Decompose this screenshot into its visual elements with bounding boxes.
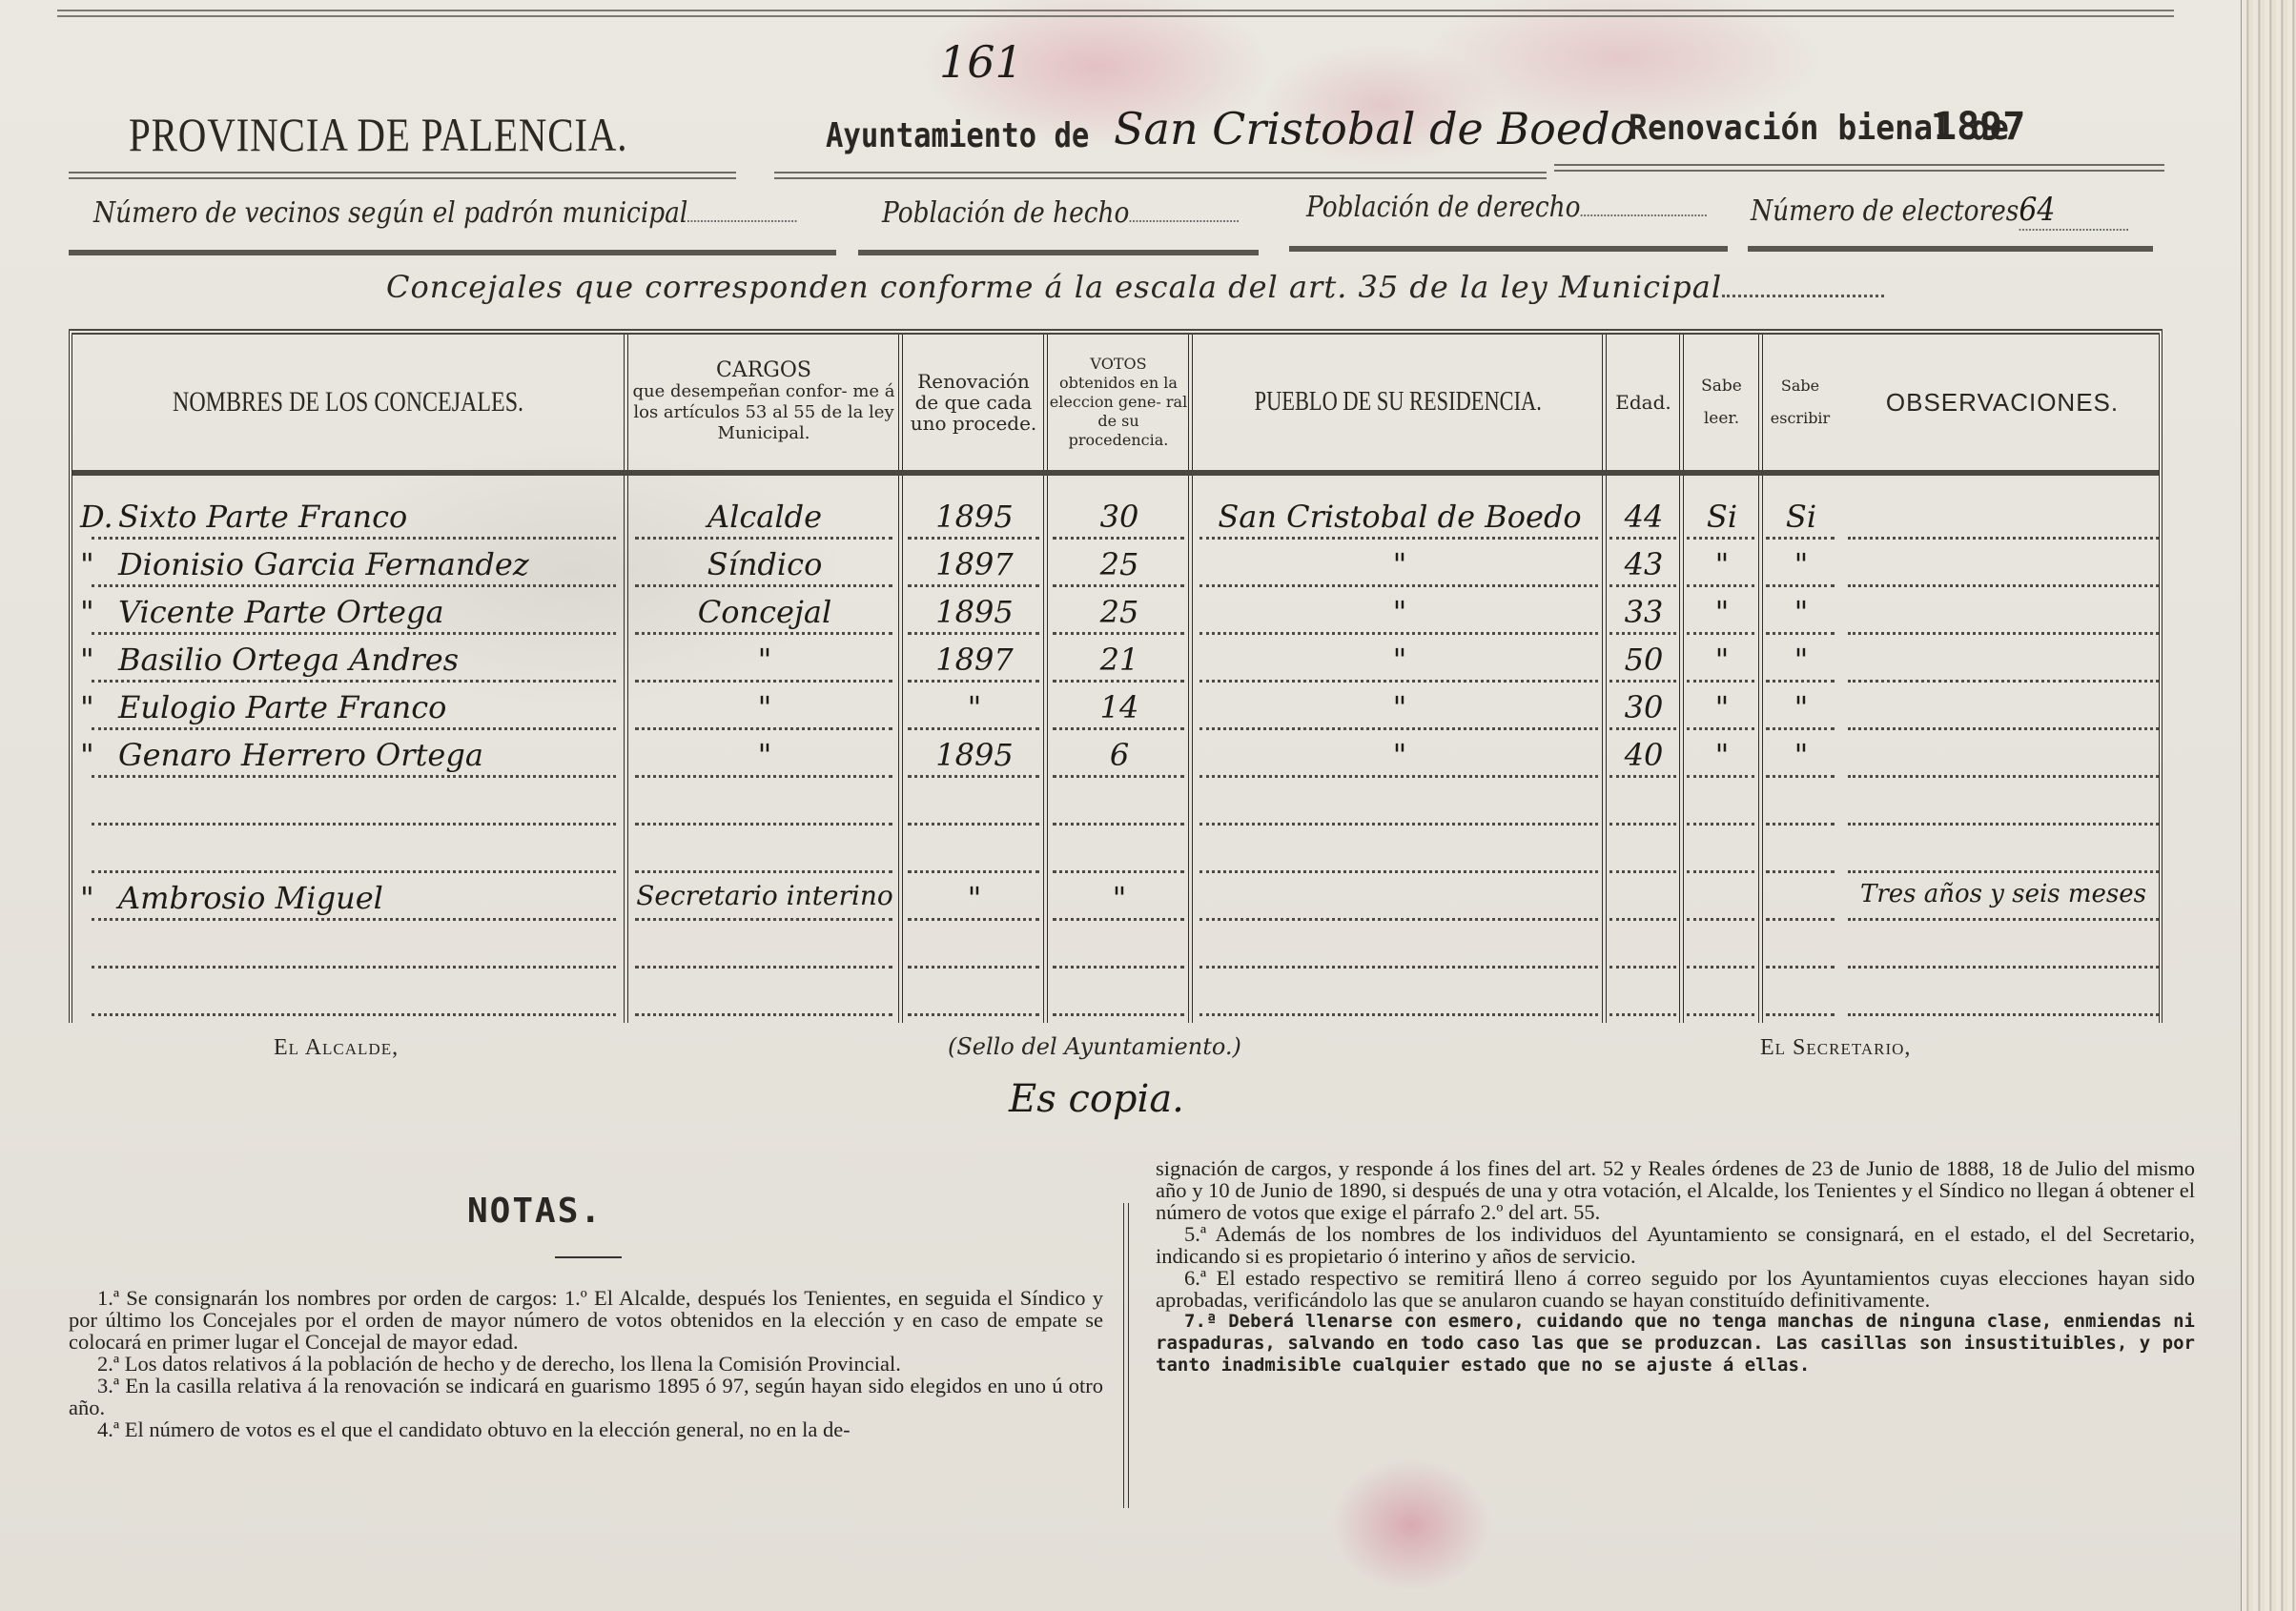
cell-votos: "	[1053, 880, 1186, 916]
header-edad: Edad.	[1608, 335, 1679, 470]
es-copia-annotation: Es copia.	[1009, 1077, 1184, 1121]
fields-rule-3	[1289, 246, 1728, 252]
nota-1: 1.ª Se consignarán los nombres por orden…	[69, 1287, 1103, 1353]
row-dotted-line	[1687, 680, 1754, 683]
col-divider	[624, 335, 628, 1023]
top-border-rule	[57, 10, 2174, 17]
cell-pueblo: "	[1199, 546, 1600, 582]
col-divider	[898, 335, 903, 1023]
col-divider	[1043, 335, 1048, 1023]
row-dotted-line	[1609, 584, 1676, 587]
concejales-escala-line: Concejales que corresponden conforme á l…	[386, 269, 1884, 305]
cell-prefix: "	[80, 689, 118, 725]
book-page-edges	[2241, 0, 2296, 1611]
row-dotted-line	[635, 680, 892, 683]
header-rule-1	[69, 172, 736, 179]
header-rule-3	[1554, 164, 2164, 172]
cell-escribir: "	[1766, 642, 1836, 678]
fields-rule-2	[858, 250, 1259, 255]
cell-cargo: Alcalde	[635, 499, 894, 535]
electores-value: 64	[2019, 191, 2127, 231]
row-dotted-line	[1053, 966, 1184, 969]
cell-edad: 40	[1609, 737, 1678, 773]
secretario-signature-label: El Secretario,	[1760, 1035, 1911, 1061]
row-dotted-line	[1053, 823, 1184, 826]
vecinos-label: Número de vecinos según el padrón munici…	[93, 196, 687, 230]
ayuntamiento-value: San Cristobal de Boedo	[1114, 103, 1636, 154]
row-dotted-line	[1199, 727, 1598, 730]
nota-4-continuation: signación de cargos, y responde á los fi…	[1156, 1157, 2195, 1223]
row-dotted-line	[92, 680, 616, 683]
row-dotted-line	[908, 584, 1039, 587]
row-dotted-line	[908, 680, 1039, 683]
row-dotted-line	[92, 584, 616, 587]
concejales-escala-value	[1722, 295, 1884, 297]
row-dotted-line	[1766, 775, 1835, 778]
row-dotted-line	[1687, 870, 1754, 873]
cell-renovacion: 1897	[908, 642, 1041, 678]
row-dotted-line	[635, 537, 892, 540]
cell-nombre: Sixto Parte Franco	[118, 499, 614, 535]
cell-escribir: Si	[1766, 499, 1836, 535]
row-dotted-line	[1199, 870, 1598, 873]
row-dotted-line	[1848, 918, 2159, 921]
cell-nombre: Dionisio Garcia Fernandez	[118, 546, 614, 582]
row-dotted-line	[1766, 537, 1835, 540]
row-dotted-line	[1766, 966, 1835, 969]
col-divider	[1602, 335, 1607, 1023]
row-dotted-line	[1609, 680, 1676, 683]
cell-nombre: Ambrosio Miguel	[118, 880, 614, 916]
row-dotted-line	[1053, 680, 1184, 683]
row-dotted-line	[908, 870, 1039, 873]
document-page: 161 PROVINCIA DE PALENCIA. Ayuntamiento …	[0, 0, 2241, 1611]
row-dotted-line	[1609, 1013, 1676, 1016]
row-dotted-line	[635, 727, 892, 730]
cell-cargo: Síndico	[635, 546, 894, 582]
cell-cargo: "	[635, 642, 894, 678]
row-dotted-line	[908, 775, 1039, 778]
notas-left-column: 1.ª Se consignarán los nombres por orden…	[69, 1287, 1103, 1440]
row-dotted-line	[908, 1013, 1039, 1016]
cell-nombre: Basilio Ortega Andres	[118, 642, 614, 678]
folio-number: 161	[939, 36, 1023, 88]
row-dotted-line	[1687, 1013, 1754, 1016]
poblacion-hecho-label: Población de hecho	[882, 196, 1129, 230]
cell-edad: 50	[1609, 642, 1678, 678]
cell-edad: 44	[1609, 499, 1678, 535]
row-dotted-line	[1199, 632, 1598, 635]
row-dotted-line	[1848, 680, 2159, 683]
row-dotted-line	[1848, 870, 2159, 873]
cell-cargo: Secretario interino	[635, 880, 894, 911]
row-dotted-line	[1199, 680, 1598, 683]
row-dotted-line	[1848, 632, 2159, 635]
notas-title: NOTAS.	[467, 1192, 603, 1231]
poblacion-derecho-value	[1581, 214, 1707, 216]
cell-leer: "	[1687, 689, 1757, 725]
header-nombres: NOMBRES DE LOS CONCEJALES.	[72, 335, 624, 470]
cell-escribir: "	[1766, 737, 1836, 773]
electores-label: Número de electores	[1751, 194, 2019, 228]
row-dotted-line	[1053, 1013, 1184, 1016]
row-dotted-line	[1609, 918, 1676, 921]
cell-leer: "	[1687, 737, 1757, 773]
poblacion-hecho-field: Población de hecho	[882, 196, 1239, 230]
fields-rule-4	[1748, 246, 2153, 252]
header-bottom-rule	[72, 470, 2159, 476]
notes-column-divider	[1123, 1203, 1129, 1508]
cell-votos: 14	[1053, 689, 1186, 725]
row-dotted-line	[1687, 823, 1754, 826]
row-dotted-line	[1053, 584, 1184, 587]
notas-right-column: signación de cargos, y responde á los fi…	[1156, 1157, 2195, 1376]
row-dotted-line	[1199, 775, 1598, 778]
row-dotted-line	[1199, 918, 1598, 921]
row-dotted-line	[92, 823, 616, 826]
row-dotted-line	[1766, 823, 1835, 826]
ayuntamiento-label: Ayuntamiento de	[826, 116, 1089, 155]
row-dotted-line	[1687, 727, 1754, 730]
col-divider	[1679, 335, 1684, 1023]
cell-prefix: "	[80, 737, 118, 773]
cell-prefix: D.	[80, 499, 118, 535]
cell-renovacion: 1895	[908, 499, 1041, 535]
cell-leer: "	[1687, 594, 1757, 630]
vecinos-value	[687, 220, 796, 222]
row-dotted-line	[1848, 584, 2159, 587]
row-dotted-line	[1609, 632, 1676, 635]
row-dotted-line	[92, 870, 616, 873]
row-dotted-line	[1766, 680, 1835, 683]
cell-votos: 25	[1053, 594, 1186, 630]
row-dotted-line	[1766, 632, 1835, 635]
row-dotted-line	[1199, 966, 1598, 969]
nota-4: 4.ª El número de votos es el que el cand…	[69, 1418, 1103, 1440]
cell-votos: 6	[1053, 737, 1186, 773]
row-dotted-line	[635, 584, 892, 587]
row-dotted-line	[92, 727, 616, 730]
sello-label: (Sello del Ayuntamiento.)	[948, 1033, 1241, 1060]
cell-votos: 25	[1053, 546, 1186, 582]
notas-dash	[555, 1256, 622, 1258]
header-sabe-escribir: Sabe escribir	[1764, 335, 1836, 470]
cell-leer: "	[1687, 546, 1757, 582]
cell-renovacion: "	[908, 880, 1041, 916]
row-dotted-line	[1766, 870, 1835, 873]
row-dotted-line	[908, 537, 1039, 540]
row-dotted-line	[1766, 1013, 1835, 1016]
row-dotted-line	[635, 918, 892, 921]
row-dotted-line	[1687, 537, 1754, 540]
row-dotted-line	[635, 870, 892, 873]
cell-prefix: "	[80, 642, 118, 678]
cell-escribir: "	[1766, 689, 1836, 725]
cell-edad: 43	[1609, 546, 1678, 582]
cell-leer: Si	[1687, 499, 1757, 535]
province-title: PROVINCIA DE PALENCIA.	[129, 107, 627, 162]
row-dotted-line	[1766, 918, 1835, 921]
row-dotted-line	[1609, 966, 1676, 969]
renovacion-year: 1897	[1934, 105, 2025, 149]
row-dotted-line	[635, 775, 892, 778]
header-rule-2	[774, 172, 1547, 179]
vecinos-field: Número de vecinos según el padrón munici…	[93, 196, 797, 230]
cell-prefix: "	[80, 880, 118, 916]
cell-nombre: Vicente Parte Ortega	[118, 594, 614, 630]
row-dotted-line	[1609, 727, 1676, 730]
cell-renovacion: 1897	[908, 546, 1041, 582]
cell-cargo: "	[635, 737, 894, 773]
poblacion-derecho-label: Población de derecho	[1306, 191, 1581, 224]
concejales-table: NOMBRES DE LOS CONCEJALES. CARGOS que de…	[69, 329, 2163, 1023]
header-observaciones: OBSERVACIONES.	[1842, 335, 2163, 470]
header-cargos: CARGOS que desempeñan confor- me á los a…	[629, 335, 898, 470]
cell-renovacion: 1895	[908, 594, 1041, 630]
row-dotted-line	[1687, 632, 1754, 635]
header-sabe-leer: Sabe leer.	[1685, 335, 1758, 470]
row-dotted-line	[1053, 918, 1184, 921]
fields-rule-1	[69, 250, 836, 255]
row-dotted-line	[908, 823, 1039, 826]
row-dotted-line	[1766, 727, 1835, 730]
row-dotted-line	[1848, 823, 2159, 826]
row-dotted-line	[1199, 584, 1598, 587]
row-dotted-line	[635, 823, 892, 826]
cell-edad: 30	[1609, 689, 1678, 725]
cell-cargo: "	[635, 689, 894, 725]
cell-pueblo: "	[1199, 594, 1600, 630]
row-dotted-line	[1687, 966, 1754, 969]
poblacion-hecho-value	[1129, 220, 1238, 222]
row-dotted-line	[92, 632, 616, 635]
nota-3: 3.ª En la casilla relativa á la renovaci…	[69, 1375, 1103, 1418]
row-dotted-line	[92, 537, 616, 540]
col-divider	[1188, 335, 1193, 1023]
row-dotted-line	[1848, 775, 2159, 778]
row-dotted-line	[1199, 823, 1598, 826]
cell-renovacion: 1895	[908, 737, 1041, 773]
cell-pueblo: "	[1199, 642, 1600, 678]
cell-renovacion: "	[908, 689, 1041, 725]
row-dotted-line	[1199, 1013, 1598, 1016]
header-pueblo: PUEBLO DE SU RESIDENCIA.	[1194, 335, 1602, 470]
row-dotted-line	[92, 966, 616, 969]
row-dotted-line	[92, 1013, 616, 1016]
cell-prefix: "	[80, 546, 118, 582]
alcalde-signature-label: El Alcalde,	[274, 1035, 399, 1061]
cell-escribir: "	[1766, 594, 1836, 630]
row-dotted-line	[635, 1013, 892, 1016]
row-dotted-line	[1053, 632, 1184, 635]
row-dotted-line	[1053, 870, 1184, 873]
row-dotted-line	[1687, 918, 1754, 921]
row-dotted-line	[1848, 966, 2159, 969]
cell-votos: 21	[1053, 642, 1186, 678]
poblacion-derecho-field: Población de derecho	[1306, 191, 1707, 224]
row-dotted-line	[92, 918, 616, 921]
nota-7: 7.ª Deberá llenarse con esmero, cuidando…	[1156, 1311, 2195, 1376]
row-dotted-line	[1848, 727, 2159, 730]
row-dotted-line	[1053, 537, 1184, 540]
row-dotted-line	[1053, 775, 1184, 778]
cell-leer: "	[1687, 642, 1757, 678]
cell-escribir: "	[1766, 546, 1836, 582]
electores-field: Número de electores64	[1751, 191, 2128, 231]
row-dotted-line	[908, 918, 1039, 921]
cell-votos: 30	[1053, 499, 1186, 535]
row-dotted-line	[1766, 584, 1835, 587]
cell-prefix: "	[80, 594, 118, 630]
cell-cargo: Concejal	[635, 594, 894, 630]
row-dotted-line	[1609, 537, 1676, 540]
cell-pueblo: "	[1199, 737, 1600, 773]
row-dotted-line	[92, 775, 616, 778]
col-divider	[1758, 335, 1763, 1023]
row-dotted-line	[908, 966, 1039, 969]
nota-5: 5.ª Además de los nombres de los individ…	[1156, 1223, 2195, 1267]
header-renovacion: Renovación de que cada uno procede.	[904, 335, 1043, 470]
cell-pueblo: "	[1199, 689, 1600, 725]
nota-2: 2.ª Los datos relativos á la población d…	[69, 1353, 1103, 1375]
concejales-escala-text: Concejales que corresponden conforme á l…	[386, 269, 1722, 305]
row-dotted-line	[635, 632, 892, 635]
nota-6: 6.ª El estado respectivo se remitirá lle…	[1156, 1267, 2195, 1311]
row-dotted-line	[1609, 870, 1676, 873]
row-dotted-line	[908, 632, 1039, 635]
row-dotted-line	[1687, 584, 1754, 587]
row-dotted-line	[1687, 775, 1754, 778]
cell-edad: 33	[1609, 594, 1678, 630]
row-dotted-line	[1848, 537, 2159, 540]
row-dotted-line	[1053, 727, 1184, 730]
header-votos: VOTOS obtenidos en la eleccion gene- ral…	[1049, 335, 1188, 470]
cell-nombre: Eulogio Parte Franco	[118, 689, 614, 725]
cell-observaciones: Tres años y seis meses	[1848, 880, 2159, 908]
row-dotted-line	[1609, 775, 1676, 778]
cell-nombre: Genaro Herrero Ortega	[118, 737, 614, 773]
row-dotted-line	[635, 966, 892, 969]
row-dotted-line	[1609, 823, 1676, 826]
row-dotted-line	[1199, 537, 1598, 540]
row-dotted-line	[908, 727, 1039, 730]
row-dotted-line	[1848, 1013, 2159, 1016]
cell-pueblo: San Cristobal de Boedo	[1199, 499, 1600, 535]
